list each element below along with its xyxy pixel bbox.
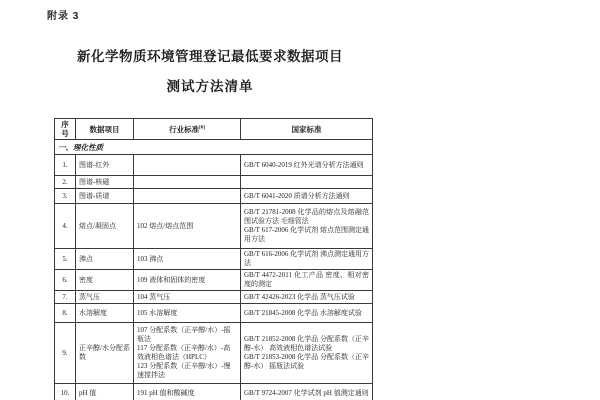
national-standard-cell: GB/T 42426-2023 化学品 蒸气压试验 bbox=[241, 291, 373, 304]
row-number-cell: 1. bbox=[55, 155, 76, 176]
table-row: 6. 密度 109 液体和固体的密度 GB/T 4472-2011 化工产品 密… bbox=[55, 270, 373, 291]
row-number-cell: 3. bbox=[55, 189, 76, 204]
document-page: 附录 3 新化学物质环境管理登记最低要求数据项目 测试方法清单 序号 数据项目 … bbox=[0, 0, 600, 400]
page-title: 新化学物质环境管理登记最低要求数据项目 测试方法清单 bbox=[10, 45, 410, 95]
row-number-cell: 2. bbox=[55, 176, 76, 189]
national-standard-cell: GB/T 616-2006 化学试剂 沸点测定通用方法 bbox=[241, 249, 373, 270]
national-standard-cell: GB/T 21781-2008 化学品的熔点及熔融范围试验方法 毛细管法 GB/… bbox=[241, 204, 373, 249]
table-row: 9. 正辛醇/水分配系数 107 分配系数（正辛醇/水）-摇瓶法 117 分配系… bbox=[55, 323, 373, 384]
row-number-cell: 8. bbox=[55, 304, 76, 323]
table-row: 4. 熔点/凝固点 102 熔点/熔点范围 GB/T 21781-2008 化学… bbox=[55, 204, 373, 249]
industry-standard-cell: 107 分配系数（正辛醇/水）-摇瓶法 117 分配系数（正辛醇/水）-高效液相… bbox=[134, 323, 241, 384]
industry-standard-cell: 109 液体和固体的密度 bbox=[134, 270, 241, 291]
row-number-cell: 6. bbox=[55, 270, 76, 291]
data-item-cell: 密度 bbox=[76, 270, 134, 291]
national-standard-cell: GB/T 6041-2020 质谱分析方法通则 bbox=[241, 189, 373, 204]
industry-standard-cell: 103 沸点 bbox=[134, 249, 241, 270]
table-header-row: 序号 数据项目 行业标准[6] 国家标准 bbox=[55, 119, 373, 140]
table-row: 10. pH 值 191 pH 值和酸碱度 GB/T 9724-2007 化学试… bbox=[55, 384, 373, 400]
row-number-cell: 7. bbox=[55, 291, 76, 304]
table-row: 1. 图谱-红外 GB/T 6040-2019 红外光谱分析方法通则 bbox=[55, 155, 373, 176]
national-standard-cell: GB/T 21852-2008 化学品 分配系数（正辛醇-水） 高效液相色谱法试… bbox=[241, 323, 373, 384]
header-industry-label: 行业标准 bbox=[169, 125, 199, 134]
table-row: 8. 水溶解度 105 水溶解度 GB/T 21845-2008 化学品 水溶解… bbox=[55, 304, 373, 323]
section-row: 一、理化性质 bbox=[55, 140, 373, 155]
row-number-cell: 4. bbox=[55, 204, 76, 249]
section-title: 一、理化性质 bbox=[55, 140, 373, 155]
header-cell-item: 数据项目 bbox=[76, 119, 134, 140]
page-title-line2: 测试方法清单 bbox=[10, 75, 410, 95]
table-row: 2. 图谱-核磁 bbox=[55, 176, 373, 189]
industry-standard-cell: 102 熔点/熔点范围 bbox=[134, 204, 241, 249]
data-item-cell: 熔点/凝固点 bbox=[76, 204, 134, 249]
table-row: 3. 图谱-质谱 GB/T 6041-2020 质谱分析方法通则 bbox=[55, 189, 373, 204]
industry-standard-cell bbox=[134, 155, 241, 176]
national-standard-cell: GB/T 9724-2007 化学试剂 pH 值测定通则 bbox=[241, 384, 373, 400]
industry-standard-cell: 105 水溶解度 bbox=[134, 304, 241, 323]
data-item-cell: 图谱-红外 bbox=[76, 155, 134, 176]
national-standard-cell: GB/T 4472-2011 化工产品 密度、相对密度的测定 bbox=[241, 270, 373, 291]
data-item-cell: 正辛醇/水分配系数 bbox=[76, 323, 134, 384]
industry-standard-cell: 191 pH 值和酸碱度 bbox=[134, 384, 241, 400]
row-number-cell: 10. bbox=[55, 384, 76, 400]
row-number-cell: 9. bbox=[55, 323, 76, 384]
data-item-cell: 图谱-核磁 bbox=[76, 176, 134, 189]
data-item-cell: 沸点 bbox=[76, 249, 134, 270]
data-item-cell: pH 值 bbox=[76, 384, 134, 400]
footnote-marker: [6] bbox=[199, 125, 205, 130]
test-methods-table: 序号 数据项目 行业标准[6] 国家标准 一、理化性质 1. 图谱-红外 GB/… bbox=[54, 118, 373, 400]
data-item-cell: 水溶解度 bbox=[76, 304, 134, 323]
national-standard-cell bbox=[241, 176, 373, 189]
header-cell-no: 序号 bbox=[55, 119, 76, 140]
header-cell-industry: 行业标准[6] bbox=[134, 119, 241, 140]
industry-standard-cell: 104 蒸气压 bbox=[134, 291, 241, 304]
appendix-label: 附录 3 bbox=[47, 7, 79, 22]
data-item-cell: 图谱-质谱 bbox=[76, 189, 134, 204]
table-row: 5. 沸点 103 沸点 GB/T 616-2006 化学试剂 沸点测定通用方法 bbox=[55, 249, 373, 270]
data-item-cell: 蒸气压 bbox=[76, 291, 134, 304]
national-standard-cell: GB/T 6040-2019 红外光谱分析方法通则 bbox=[241, 155, 373, 176]
national-standard-cell: GB/T 21845-2008 化学品 水溶解度试验 bbox=[241, 304, 373, 323]
header-cell-national: 国家标准 bbox=[241, 119, 373, 140]
industry-standard-cell bbox=[134, 176, 241, 189]
table-row: 7. 蒸气压 104 蒸气压 GB/T 42426-2023 化学品 蒸气压试验 bbox=[55, 291, 373, 304]
row-number-cell: 5. bbox=[55, 249, 76, 270]
industry-standard-cell bbox=[134, 189, 241, 204]
page-title-line1: 新化学物质环境管理登记最低要求数据项目 bbox=[10, 45, 410, 65]
